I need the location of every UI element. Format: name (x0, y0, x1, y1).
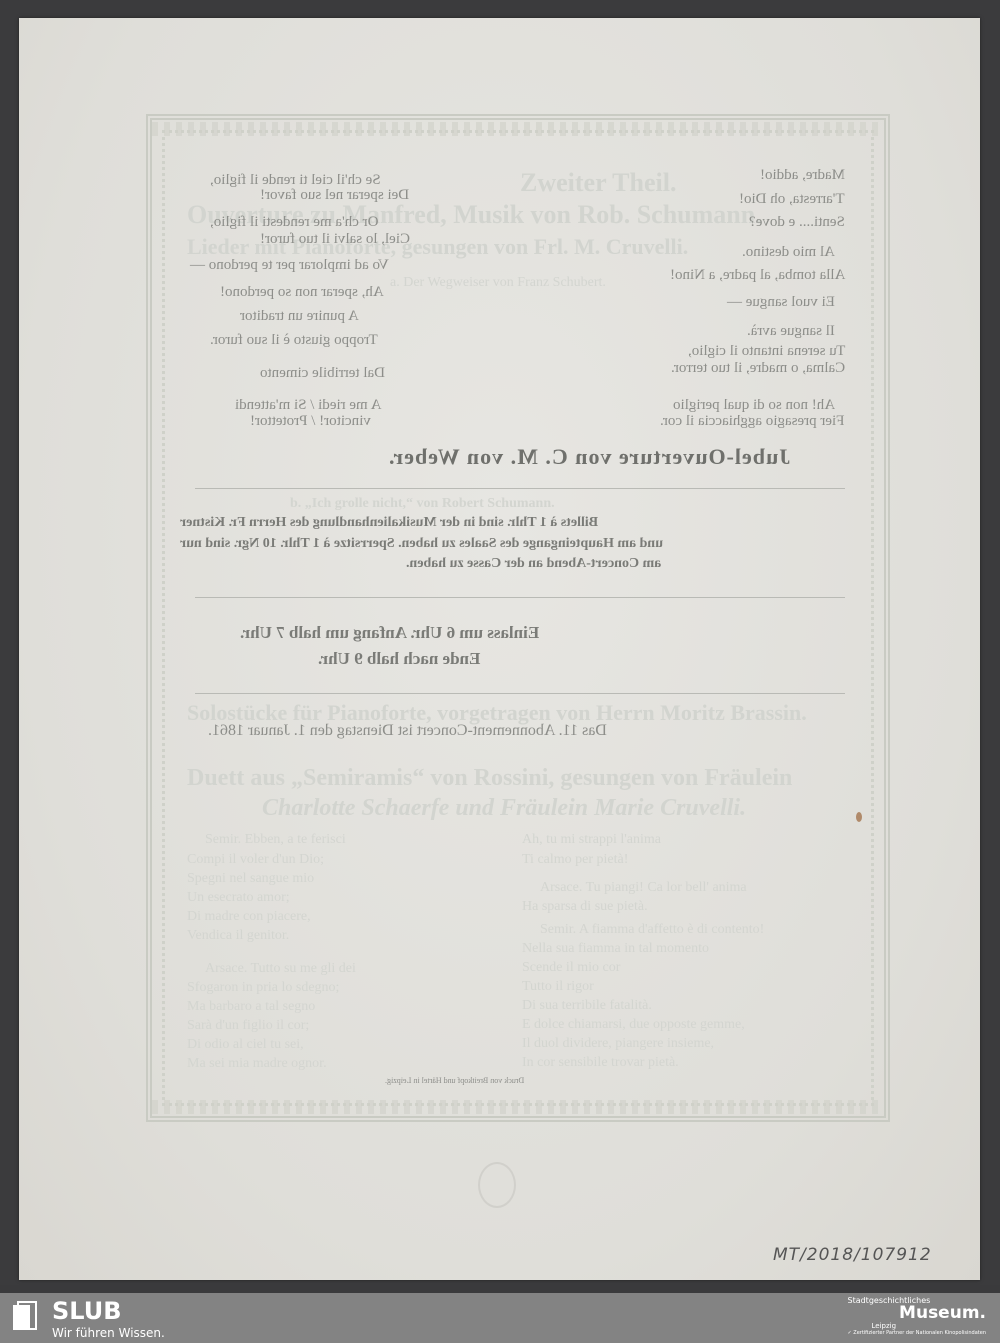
ghost-line: Semir. Ebben, a te ferisci (205, 832, 346, 848)
ghost-schubert: a. Der Wegweiser von Franz Schubert. (390, 275, 606, 291)
ghost-line: Nella sua fiamma in tal momento (522, 941, 709, 957)
ghost-line: Sfogaron in pria lo sdegno; (187, 980, 339, 996)
libretto-line: Or ch'a me rendesti il figlio, (210, 215, 379, 230)
libretto-line: Il sangue avrà. (747, 324, 835, 339)
ghost-duett-1: Duett aus „Semiramis“ von Rossini, gesun… (187, 765, 792, 792)
libretto-line: Al mio destino. (742, 245, 835, 260)
ghost-line: Scende il mio cor (522, 960, 620, 976)
admission-time: Einlass um 6 Uhr. Anfang um halb 7 Uhr. (240, 624, 539, 641)
ghost-line: Arsace. Tu piangi! Ca lor bell' anima (540, 880, 747, 896)
ghost-line: Sarà d'un figlio il cor; (187, 1018, 309, 1034)
ticket-line: am Concert-Abend an der Casse zu haben. (406, 557, 661, 571)
ornament-bottom (152, 1100, 884, 1114)
libretto-line: Dal terribile cimento (260, 366, 385, 381)
libretto-line: Ah! non so di qual periglio (673, 398, 835, 413)
ghost-line: Tutto il rigor (522, 979, 594, 995)
overture-heading: Jubel-Ouverture von C. M. von Weber. (388, 444, 790, 470)
ticket-line: und am Haupteingange des Saales zu haben… (180, 537, 663, 551)
libretto-line: Alla tomba, al padre, a Nino! (670, 268, 845, 283)
museum-line-4: ✓ Zertifizierter Partner der Nationalen … (847, 1330, 986, 1336)
end-time: Ende nach halb 9 Uhr. (318, 650, 480, 667)
libretto-line: Troppo giusto è il suo furor. (210, 333, 378, 348)
libretto-line: Madre, addio! (760, 168, 845, 183)
libretto-line: A me riedi / Si m'attendi (235, 398, 381, 413)
ghost-line: Un esecrato amor; (187, 890, 290, 906)
libretto-line: Calma, o madre, il tuo terror. (671, 361, 845, 376)
museum-line-3: Leipzig (847, 1322, 986, 1330)
libretto-line: A punire un traditor (240, 309, 359, 324)
ghost-line: In cor sensibile trovar pietà. (522, 1055, 679, 1071)
ghost-line: Vendica il genitor. (187, 928, 289, 944)
slub-book-icon (12, 1301, 38, 1331)
ghost-line: Di sua terribile fatalità. (522, 998, 652, 1014)
ghost-line: E dolce chiamarsi, due opposte gemme, (522, 1017, 745, 1033)
museum-logo: Stadtgeschichtliches Museum. Leipzig ✓ Z… (847, 1296, 986, 1336)
printer-credit: Druck von Breitkopf und Härtel in Leipzi… (385, 1077, 524, 1085)
ghost-duett-2: Charlotte Schaerfe und Fräulein Marie Cr… (262, 795, 746, 822)
libretto-line: T'arresta, oh Dio! (739, 192, 845, 207)
ornament-top (152, 122, 884, 136)
libretto-line: Ciel, lo salvi il tuo furor! (260, 232, 410, 247)
ghost-heading: Zweiter Theil. (520, 168, 676, 198)
divider (195, 597, 845, 598)
ghost-line: Ma sei mia madre ognor. (187, 1056, 327, 1072)
libretto-line: vincitor! / Protettor! (250, 414, 371, 429)
ghost-schumann: b. „Ich grolle nicht,“ von Robert Schuma… (290, 496, 555, 512)
ghost-line: Compi il voler d'un Dio; (187, 852, 324, 868)
ghost-line: Ha sparsa di sue pietà. (522, 899, 648, 915)
ticket-line: Billets à 1 Thlr. sind in der Musikalien… (180, 516, 598, 530)
ghost-line: Ti calmo per pietà! (522, 852, 628, 868)
divider (195, 488, 845, 489)
embossed-seal-icon (478, 1162, 516, 1208)
libretto-line: Ei vuol sangue — (727, 295, 835, 310)
libretto-line: Ah, sperar non so perdono! (220, 285, 384, 300)
slub-tagline: Wir führen Wissen. (52, 1326, 165, 1340)
ghost-line: Di madre con piacere, (187, 909, 311, 925)
ghost-line: Spegni nel sangue mio (187, 871, 314, 887)
divider (195, 693, 845, 694)
libretto-line: Se ch'il ciel ti rende il figlio, (210, 173, 381, 188)
accession-number: MT/2018/107912 (773, 1245, 932, 1265)
museum-line-2: Museum. (847, 1305, 986, 1322)
next-concert-note: Das 11. Abonnement-Concert ist Dienstag … (208, 723, 607, 739)
footer-bar: SLUB Wir führen Wissen. Stadtgeschichtli… (0, 1293, 1000, 1343)
libretto-line: Vo ad implorar per te perdono — (190, 258, 389, 273)
ghost-line: Ma barbaro a tal segno (187, 999, 315, 1015)
libretto-line: Tu serena intanto il ciglio, (688, 344, 845, 359)
slub-logo-text: SLUB (52, 1297, 122, 1325)
ghost-line: Di odio al ciel tu sei, (187, 1037, 304, 1053)
libretto-line: Senti.... e dove? (749, 215, 845, 230)
paper-stain (856, 812, 862, 822)
ghost-line: Il duol dividere, piangere insieme, (522, 1036, 714, 1052)
ghost-line: Semir. A fiamma d'affetto è di contento! (540, 922, 764, 938)
libretto-line: Fier presagio agghiaccia il cor. (660, 414, 845, 429)
ghost-line: Ah, tu mi strappi l'anima (522, 832, 661, 848)
libretto-line: Dei sperar nel suo favor! (260, 188, 409, 203)
ghost-line: Arsace. Tutto su me gli dei (205, 961, 356, 977)
